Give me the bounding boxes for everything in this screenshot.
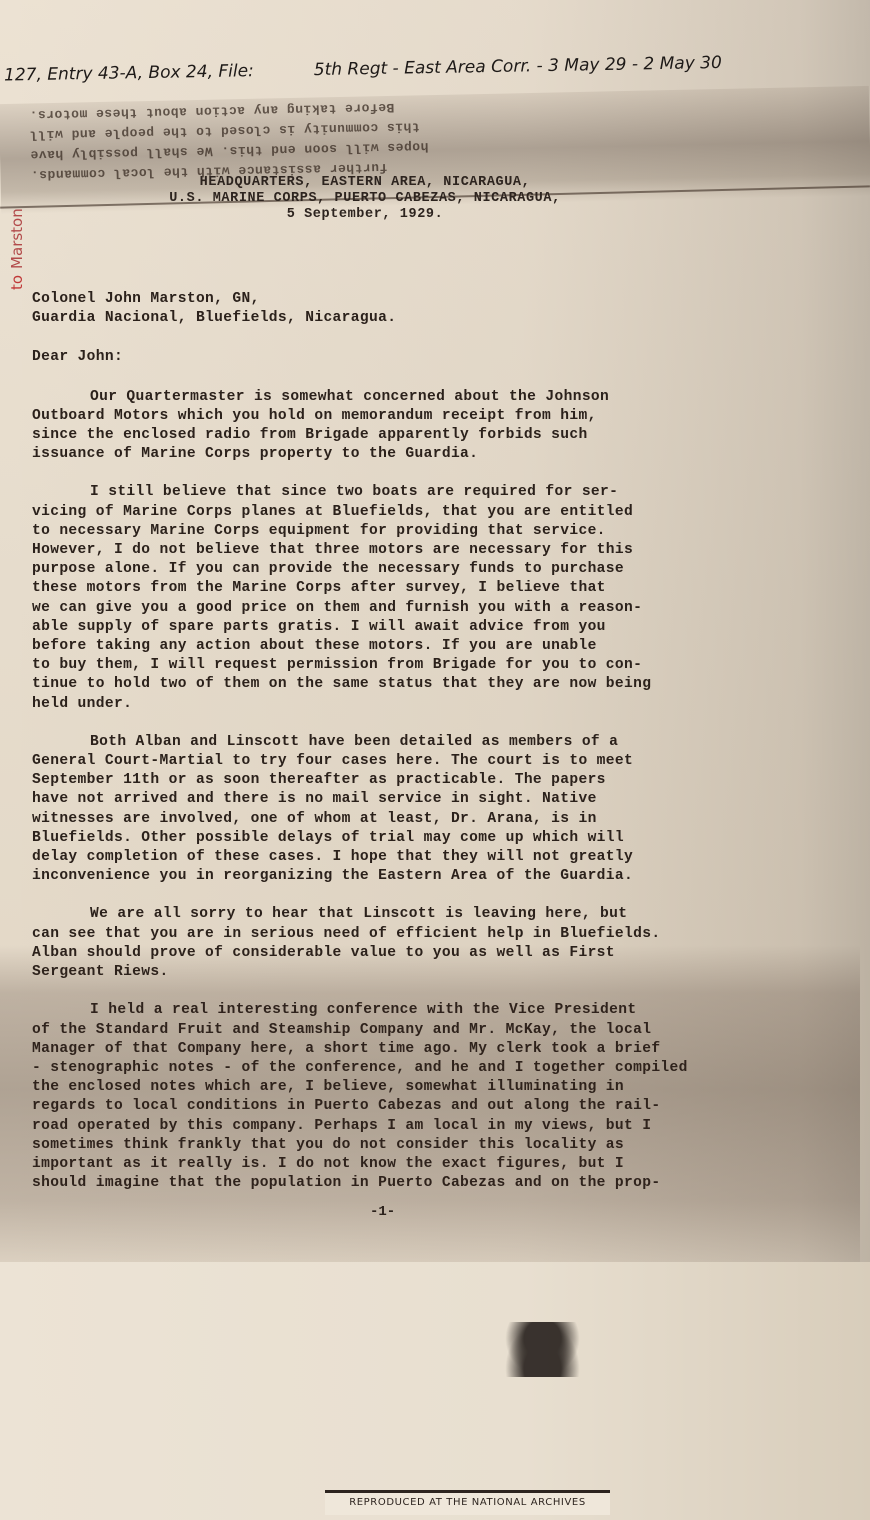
- letter-date: 5 September, 1929.: [150, 207, 580, 223]
- letterhead-line-1: HEADQUARTERS, EASTERN AREA, NICARAGUA,: [150, 175, 580, 191]
- national-archives-stamp: REPRODUCED AT THE NATIONAL ARCHIVES: [325, 1490, 610, 1515]
- bleed-through-line: Before taking any action about these mot…: [29, 100, 394, 123]
- paragraph-text: I still believe that since two boats are…: [32, 484, 651, 711]
- margin-note-prefix: to: [8, 275, 26, 290]
- bleed-through-line: hopes will soon end this. We shall possi…: [30, 139, 429, 162]
- page-number: -1-: [370, 1204, 395, 1220]
- ink-blot: [505, 1322, 580, 1377]
- margin-note: toMarston: [8, 208, 26, 290]
- recipient-line-2: Guardia Nacional, Bluefields, Nicaragua.: [32, 309, 822, 328]
- scanned-letter-page: 127, Entry 43-A, Box 24, File:5th Regt -…: [0, 0, 870, 1520]
- letterhead: HEADQUARTERS, EASTERN AREA, NICARAGUA, U…: [150, 175, 580, 223]
- archival-citation: 127, Entry 43-A, Box 24, File:: [4, 61, 254, 85]
- margin-note-name: Marston: [8, 208, 26, 269]
- lower-blank-sheet: [0, 1262, 870, 1520]
- paragraph-text: We are all sorry to hear that Linscott i…: [32, 906, 660, 980]
- letter-body: Colonel John Marston, GN, Guardia Nacion…: [32, 290, 822, 1212]
- archival-handwritten-note: 127, Entry 43-A, Box 24, File:5th Regt -…: [4, 50, 864, 85]
- recipient-address: Colonel John Marston, GN, Guardia Nacion…: [32, 290, 822, 328]
- paragraph-motor-purchase: I still believe that since two boats are…: [32, 483, 822, 713]
- bleed-through-line: this community is closed to the people a…: [29, 119, 419, 142]
- salutation: Dear John:: [32, 348, 822, 367]
- paragraph-court-martial: Both Alban and Linscott have been detail…: [32, 733, 822, 887]
- paragraph-standard-fruit-conference: I held a real interesting conference wit…: [32, 1001, 822, 1193]
- paragraph-text: Our Quartermaster is somewhat concerned …: [32, 389, 609, 463]
- archival-subject: 5th Regt - East Area Corr. - 3 May 29 - …: [314, 53, 722, 80]
- recipient-line-1: Colonel John Marston, GN,: [32, 290, 822, 309]
- paragraph-outboard-motors: Our Quartermaster is somewhat concerned …: [32, 388, 822, 465]
- paragraph-text: Both Alban and Linscott have been detail…: [32, 734, 633, 884]
- paragraph-text: I held a real interesting conference wit…: [32, 1002, 688, 1191]
- paragraph-linscott-leaving: We are all sorry to hear that Linscott i…: [32, 905, 822, 982]
- letterhead-line-2: U.S. MARINE CORPS, PUERTO CABEZAS, NICAR…: [150, 191, 580, 207]
